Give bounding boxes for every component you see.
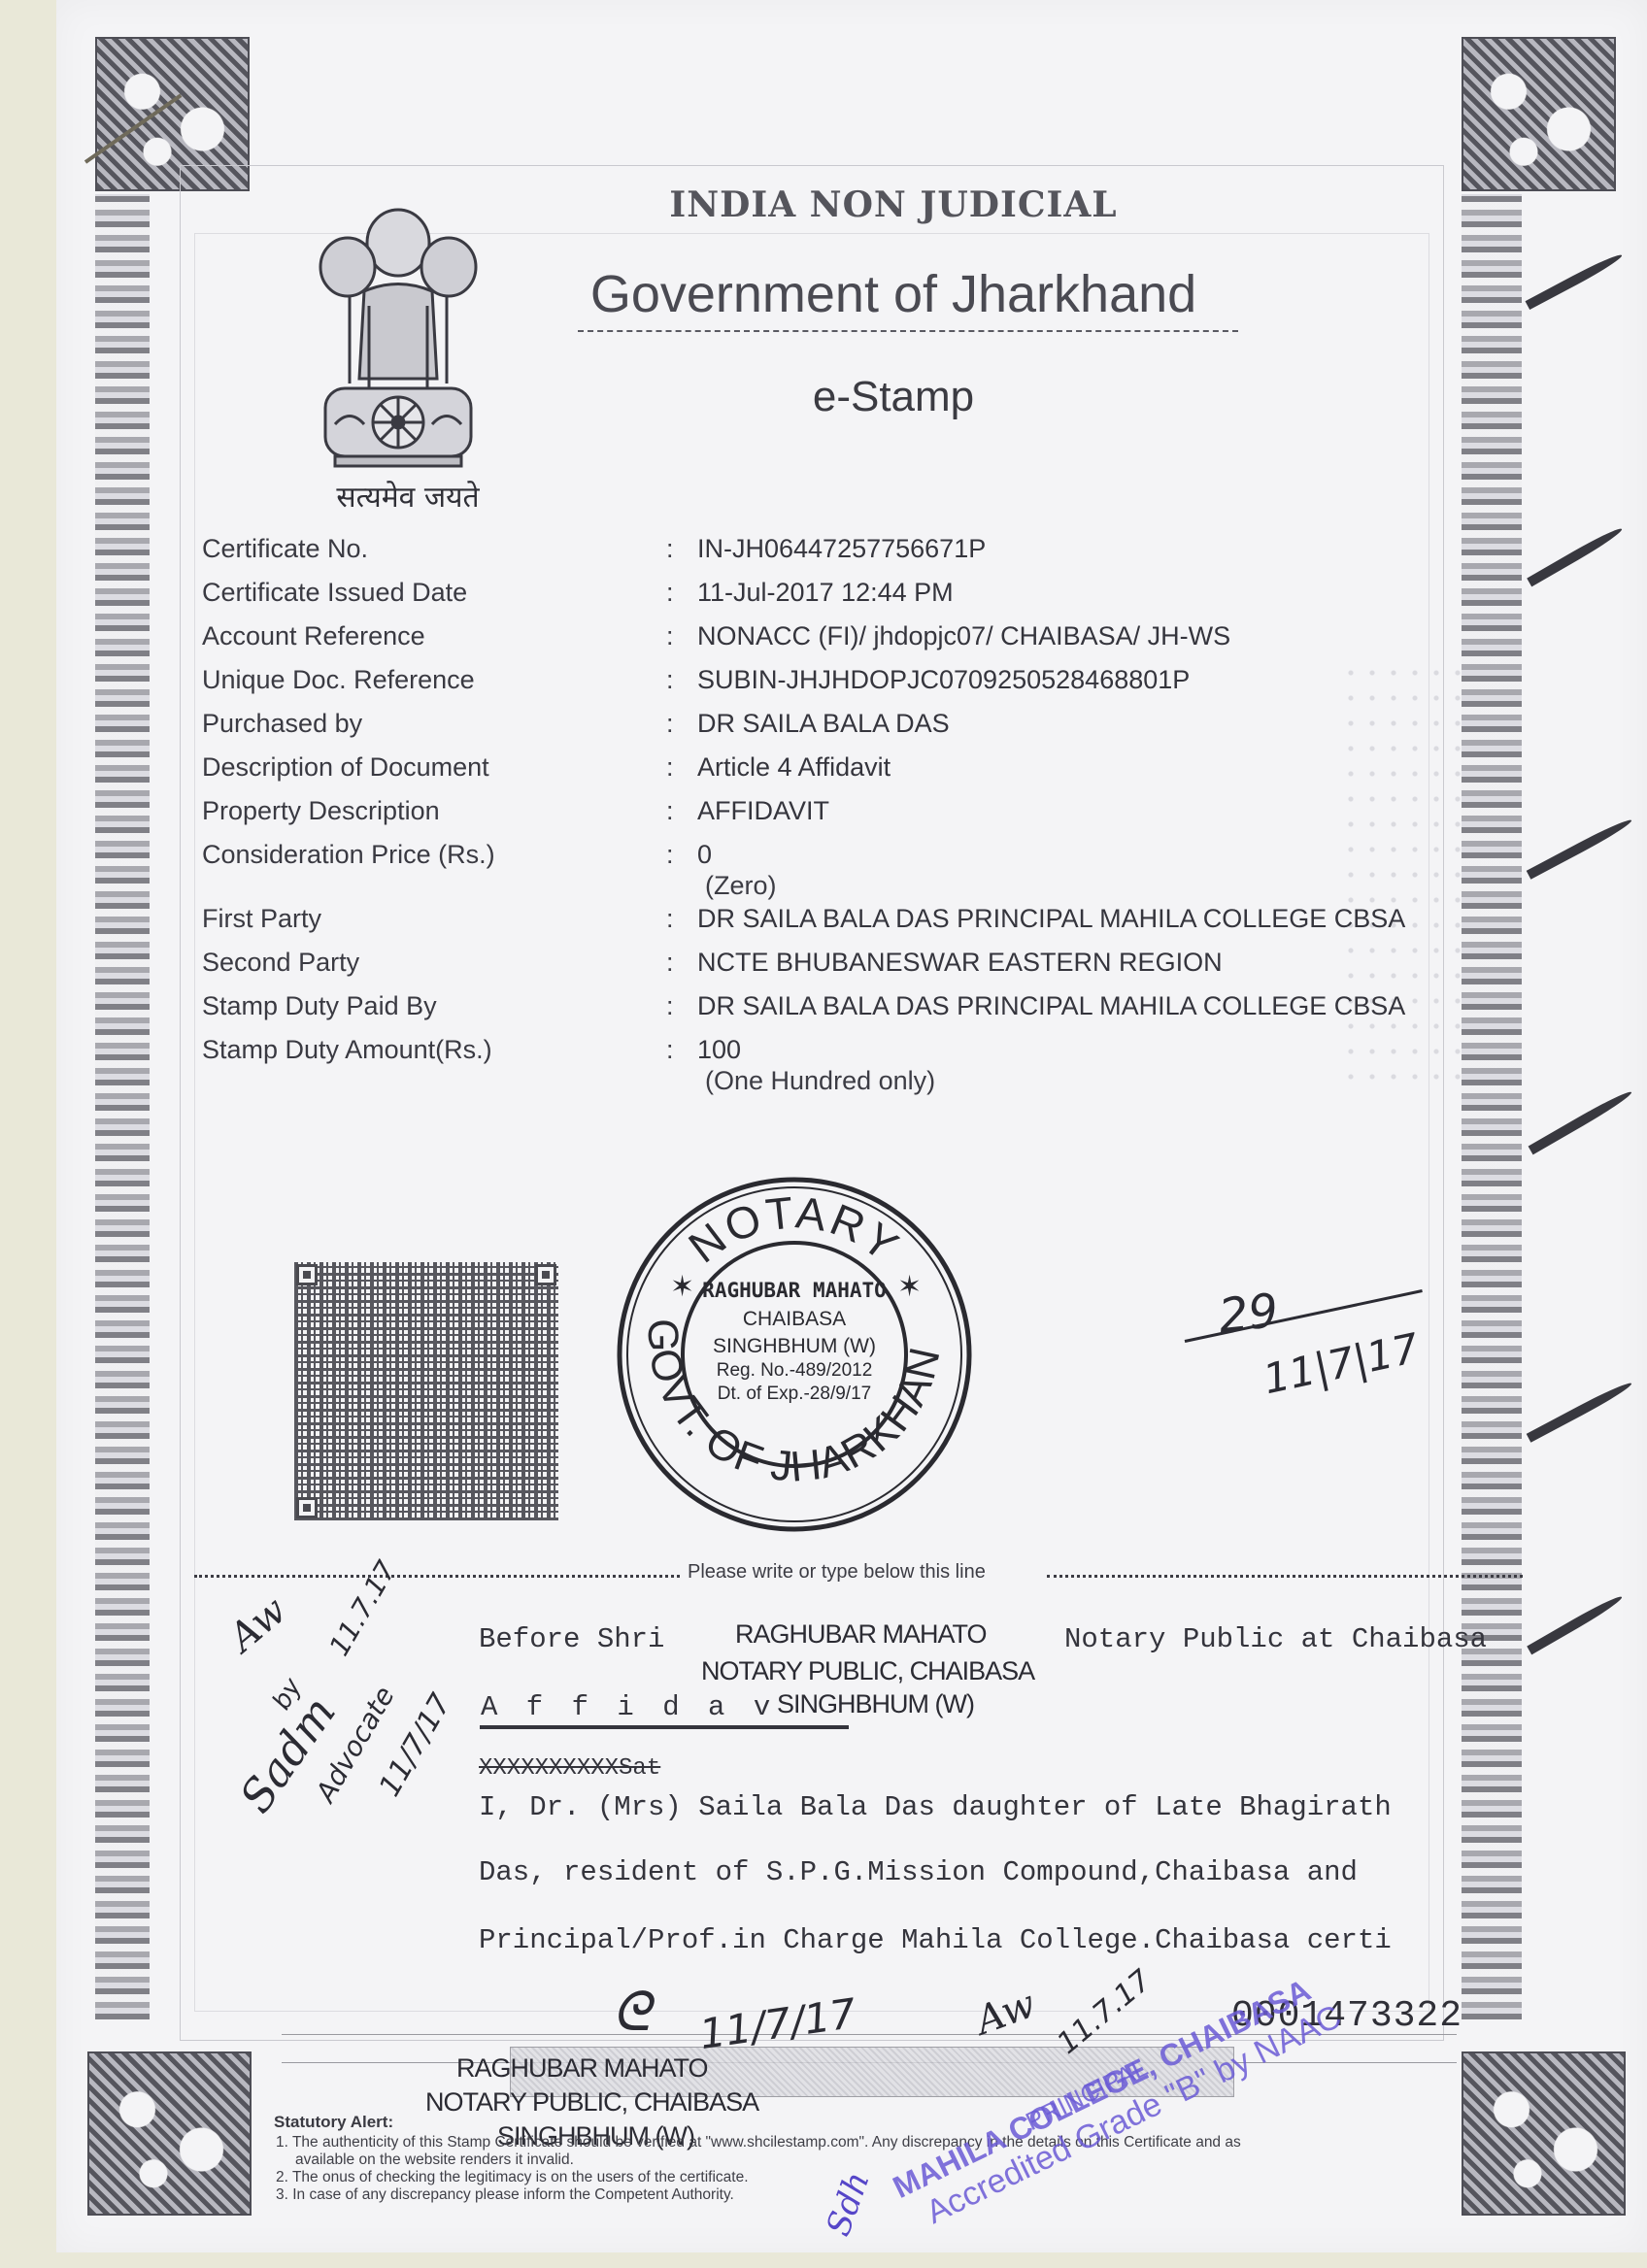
field-colon: : [666,948,674,978]
field-row: Stamp Duty Paid By : DR SAILA BALA DAS P… [202,991,1464,1035]
field-row: Certificate Issued Date : 11-Jul-2017 12… [202,578,1464,621]
field-label: Property Description [202,796,440,826]
ornamental-border-left [95,194,150,2019]
title-underline [480,1725,849,1729]
field-value: NCTE BHUBANESWAR EASTERN REGION [697,948,1223,978]
field-label: Consideration Price (Rs.) [202,840,495,870]
seal-district: SINGHBHUM (W) [697,1335,891,1358]
field-value: 100 [697,1035,741,1065]
notary-name-stamp: RAGHUBAR MAHATO [735,1619,987,1650]
field-row: Property Description : AFFIDAVIT [202,796,1464,840]
svg-text:✶: ✶ [670,1270,694,1304]
affidavit-para-line: Das, resident of S.P.G.Mission Compound,… [479,1856,1358,1888]
field-value-words: (Zero) [705,871,777,901]
field-label: First Party [202,904,321,934]
certificate-fields: Certificate No. : IN-JH06447257756671P C… [202,534,1464,1099]
notary-signature: ᘓ [612,1981,650,2045]
seal-reg-no: Reg. No.-489/2012 [697,1360,891,1382]
qr-finder [535,1264,556,1285]
field-value: 0 [697,840,712,870]
affidavit-before: Before Shri [479,1623,664,1655]
field-row: Account Reference : NONACC (FI)/ jhdopjc… [202,621,1464,665]
field-value: Article 4 Affidavit [697,752,891,783]
field-colon: : [666,709,674,739]
field-value: IN-JH06447257756671P [697,534,986,564]
affidavit-para-line: Principal/Prof.in Charge Mahila College.… [479,1924,1392,1956]
field-colon: : [666,796,674,826]
field-colon: : [666,665,674,695]
qr-code [294,1262,558,1520]
notary-stamp-line3: SINGHBHUM (W) [777,1689,974,1719]
statutory-alert-title: Statutory Alert: [274,2113,393,2132]
field-colon: : [666,991,674,1021]
seal-expiry: Dt. of Exp.-28/9/17 [697,1384,891,1405]
field-label: Stamp Duty Paid By [202,991,437,1021]
header-government: Government of Jharkhand [544,264,1243,324]
field-row: Unique Doc. Reference : SUBIN-JHJHDOPJC0… [202,665,1464,709]
notary-seal: NOTARY GOVT. OF JHARKHAND ✶ ✶ RAGHUBAR M… [610,1170,979,1539]
affidavit-notary-public: Notary Public at Chaibasa [1064,1623,1487,1655]
header-rule [578,330,1238,332]
notary-stamp-line2: NOTARY PUBLIC, CHAIBASA [701,1656,1034,1686]
field-label: Account Reference [202,621,425,651]
field-row: Second Party : NCTE BHUBANESWAR EASTERN … [202,948,1464,991]
handwritten-serial: 29 [1216,1284,1281,1344]
field-colon: : [666,904,674,934]
dotted-rule [194,1575,680,1578]
header-e-stamp: e-Stamp [544,373,1243,421]
field-row: Stamp Duty Amount(Rs.) : 100 (One Hundre… [202,1035,1464,1099]
field-row: Description of Document : Article 4 Affi… [202,752,1464,796]
corner-ornament-bottom-left [87,2051,252,2216]
emblem-motto: सत्यमेव जयते [320,476,495,516]
divider-label: Please write or type below this line [688,1561,986,1584]
field-row: First Party : DR SAILA BALA DAS PRINCIPA… [202,904,1464,948]
field-label: Certificate No. [202,534,368,564]
field-row: Certificate No. : IN-JH06447257756671P [202,534,1464,578]
field-value-words: (One Hundred only) [705,1066,935,1096]
statutory-alert-item: available on the website renders it inva… [276,2151,1431,2169]
struck-text: XXXXXXXXXXSat [479,1755,660,1782]
ornamental-border-right [1462,194,1522,2019]
field-value: NONACC (FI)/ jhdopjc07/ CHAIBASA/ JH-WS [697,621,1230,651]
field-colon: : [666,840,674,870]
field-colon: : [666,578,674,608]
corner-ornament-top-right [1462,37,1616,191]
seal-city: CHAIBASA [697,1308,891,1331]
field-label: Description of Document [202,752,489,783]
bottom-stamp-title: NOTARY PUBLIC, CHAIBASA [425,2087,758,2118]
field-colon: : [666,534,674,564]
dotted-rule [1047,1575,1523,1578]
field-value: 11-Jul-2017 12:44 PM [697,578,954,608]
corner-ornament-bottom-right [1462,2051,1626,2216]
bottom-stamp-name: RAGHUBAR MAHATO [456,2053,708,2084]
field-value: DR SAILA BALA DAS [697,709,950,739]
field-label: Stamp Duty Amount(Rs.) [202,1035,492,1065]
qr-finder [296,1497,318,1518]
svg-text:✶: ✶ [897,1270,922,1304]
field-label: Purchased by [202,709,362,739]
field-value: DR SAILA BALA DAS PRINCIPAL MAHILA COLLE… [697,904,1405,934]
field-row: Consideration Price (Rs.) : 0 (Zero) [202,840,1464,904]
affidavit-para-line: I, Dr. (Mrs) Saila Bala Das daughter of … [479,1791,1392,1823]
ashoka-emblem-icon [311,199,486,485]
field-value: AFFIDAVIT [697,796,829,826]
field-row: Purchased by : DR SAILA BALA DAS [202,709,1464,752]
field-value: SUBIN-JHJHDOPJC0709250528468801P [697,665,1190,695]
qr-finder [296,1264,318,1285]
affidavit-title: A f f i d a v [481,1691,776,1723]
field-label: Unique Doc. Reference [202,665,475,695]
field-label: Second Party [202,948,359,978]
field-colon: : [666,621,674,651]
header-india-non-judicial: INDIA NON JUDICIAL [544,184,1243,225]
statutory-alert-item: 1. The authenticity of this Stamp Certif… [276,2134,1431,2151]
field-colon: : [666,1035,674,1065]
field-colon: : [666,752,674,783]
field-label: Certificate Issued Date [202,578,467,608]
field-value: DR SAILA BALA DAS PRINCIPAL MAHILA COLLE… [697,991,1405,1021]
seal-name: RAGHUBAR MAHATO [697,1279,891,1302]
